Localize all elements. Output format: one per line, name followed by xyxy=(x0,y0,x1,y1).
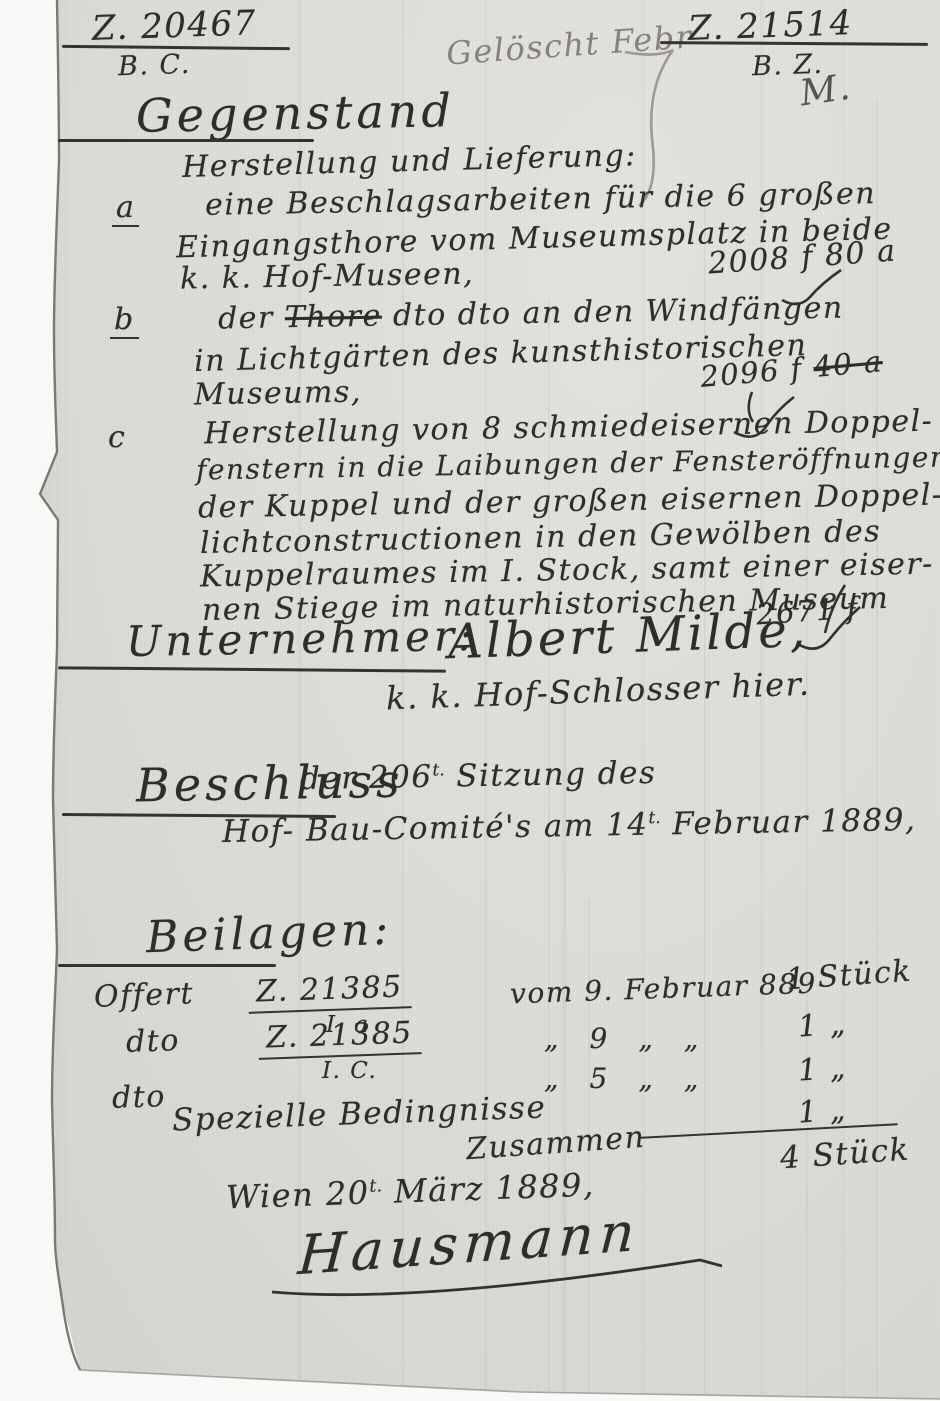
item-b-line-1-pre: der xyxy=(218,300,285,336)
resolution-line-1-post: Sitzung des xyxy=(445,755,657,795)
enclosure-row-1-doc: Offert xyxy=(93,976,194,1014)
item-b-struck-word: Thore xyxy=(285,299,383,336)
enclosure-row-4-count: 1 „ xyxy=(797,1092,848,1130)
resolution-line-1-pre: der 206 xyxy=(300,759,433,797)
enclosure-row-2-ref: Z. 21385 xyxy=(257,1015,421,1056)
enclosure-row-2-ref-number: Z. 21385 xyxy=(257,1015,421,1060)
place-date-post: März 1889, xyxy=(382,1166,596,1211)
enclosure-row-1-ref: Z. 21385 xyxy=(247,969,411,1010)
item-label-c: c xyxy=(108,420,126,455)
enclosure-row-2-ref-sub: I. C. xyxy=(322,1058,377,1084)
item-label-b: b xyxy=(110,302,139,339)
enclosures-underline xyxy=(58,964,276,967)
item-a-line-3: k. k. Hof-Museen, xyxy=(180,256,475,296)
enclosure-row-4-doc: dto xyxy=(111,1079,166,1116)
enclosure-row-2-count: 1 „ xyxy=(797,1006,848,1044)
item-b-amount-struck: 40 a xyxy=(812,344,884,384)
scanned-document-page: Z. 20467 B. C. Gelöscht Febr Z. 21514 B.… xyxy=(0,0,940,1401)
enclosure-row-3-date: „ 5 „ „ xyxy=(544,1062,700,1095)
place-date-pre: Wien 20 xyxy=(225,1173,370,1216)
resolution-line-2-pre: Hof- Bau-Comité's am 14 xyxy=(222,807,649,850)
enclosure-row-1-ref-number: Z. 21385 xyxy=(247,969,411,1014)
enclosure-row-3-count: 1 „ xyxy=(797,1050,848,1088)
enclosure-row-2-doc: dto xyxy=(125,1023,180,1060)
office-code-left: B. C. xyxy=(117,49,191,83)
resolution-line-1: der 206t. Sitzung des xyxy=(300,755,657,797)
scan-streak xyxy=(876,100,878,1401)
file-number-left: Z. 20467 xyxy=(91,3,257,49)
contractor-heading: Unternehmer: xyxy=(126,611,477,666)
item-b-line-3: Museums, xyxy=(194,375,362,413)
subject-underline xyxy=(58,139,314,142)
resolution-line-2-post: Februar 1889, xyxy=(661,802,917,842)
place-date-sup: t. xyxy=(369,1176,382,1196)
enclosures-heading: Beilagen: xyxy=(145,904,393,964)
item-label-a: a xyxy=(112,190,139,227)
resolution-line-2-sup: t. xyxy=(648,808,661,828)
clerk-initials: M. xyxy=(797,67,854,115)
subject-heading: Gegenstand xyxy=(136,83,456,143)
enclosure-row-2-date: „ 9 „ „ xyxy=(544,1022,700,1055)
resolution-line-1-sup: t. xyxy=(432,760,445,780)
